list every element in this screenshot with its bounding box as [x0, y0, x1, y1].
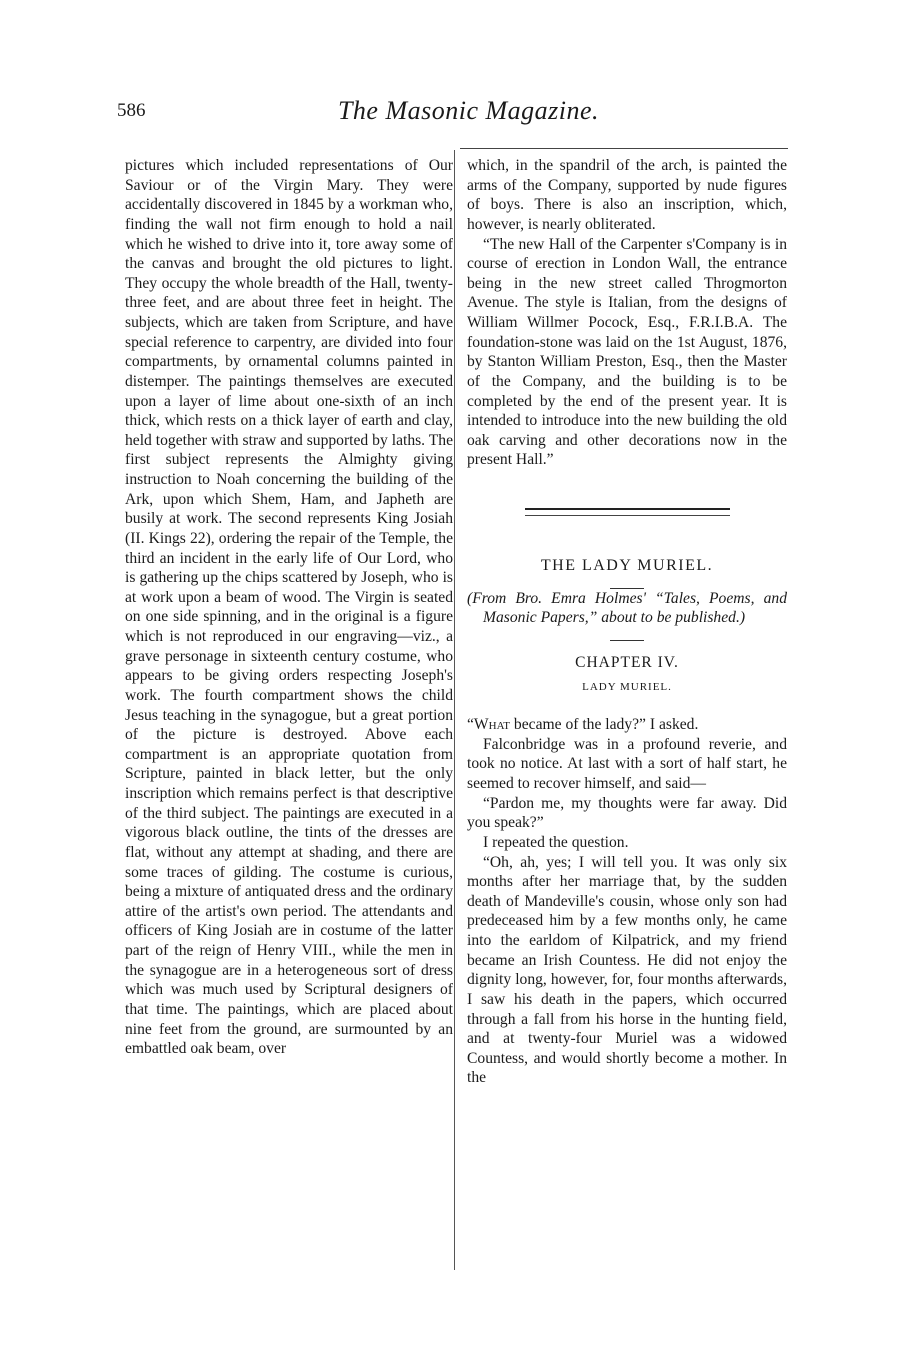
running-title: The Masonic Magazine.: [0, 96, 907, 126]
opening-word: “What: [467, 716, 510, 733]
top-rule: [460, 148, 788, 149]
attribution-note: (From Bro. Emra Holmes' “Tales, Poems, a…: [467, 589, 787, 628]
chapter-title: CHAPTER IV.: [467, 653, 787, 673]
short-rule: [610, 640, 644, 641]
story-paragraph: I repeated the question.: [467, 833, 787, 853]
left-column: pictures which included representations …: [125, 156, 453, 1059]
story-paragraph: “What became of the lady?” I asked.: [467, 715, 787, 735]
story-paragraph: Falconbridge was in a profound reverie, …: [467, 735, 787, 794]
continuation-paragraph: which, in the spandril of the arch, is p…: [467, 156, 787, 235]
story-paragraph: “Pardon me, my thoughts were far away. D…: [467, 794, 787, 833]
story-paragraph: “Oh, ah, yes; I will tell you. It was on…: [467, 853, 787, 1089]
column-divider: [454, 150, 455, 1270]
quoted-paragraph: “The new Hall of the Carpenter s'Company…: [467, 235, 787, 471]
chapter-subtitle: LADY MURIEL.: [467, 678, 787, 698]
story-text: became of the lady?” I asked.: [510, 716, 698, 733]
story-title: THE LADY MURIEL.: [467, 556, 787, 576]
body-paragraph: pictures which included representations …: [125, 156, 453, 1059]
right-column: which, in the spandril of the arch, is p…: [467, 156, 787, 1088]
section-divider-rule: [525, 508, 730, 516]
